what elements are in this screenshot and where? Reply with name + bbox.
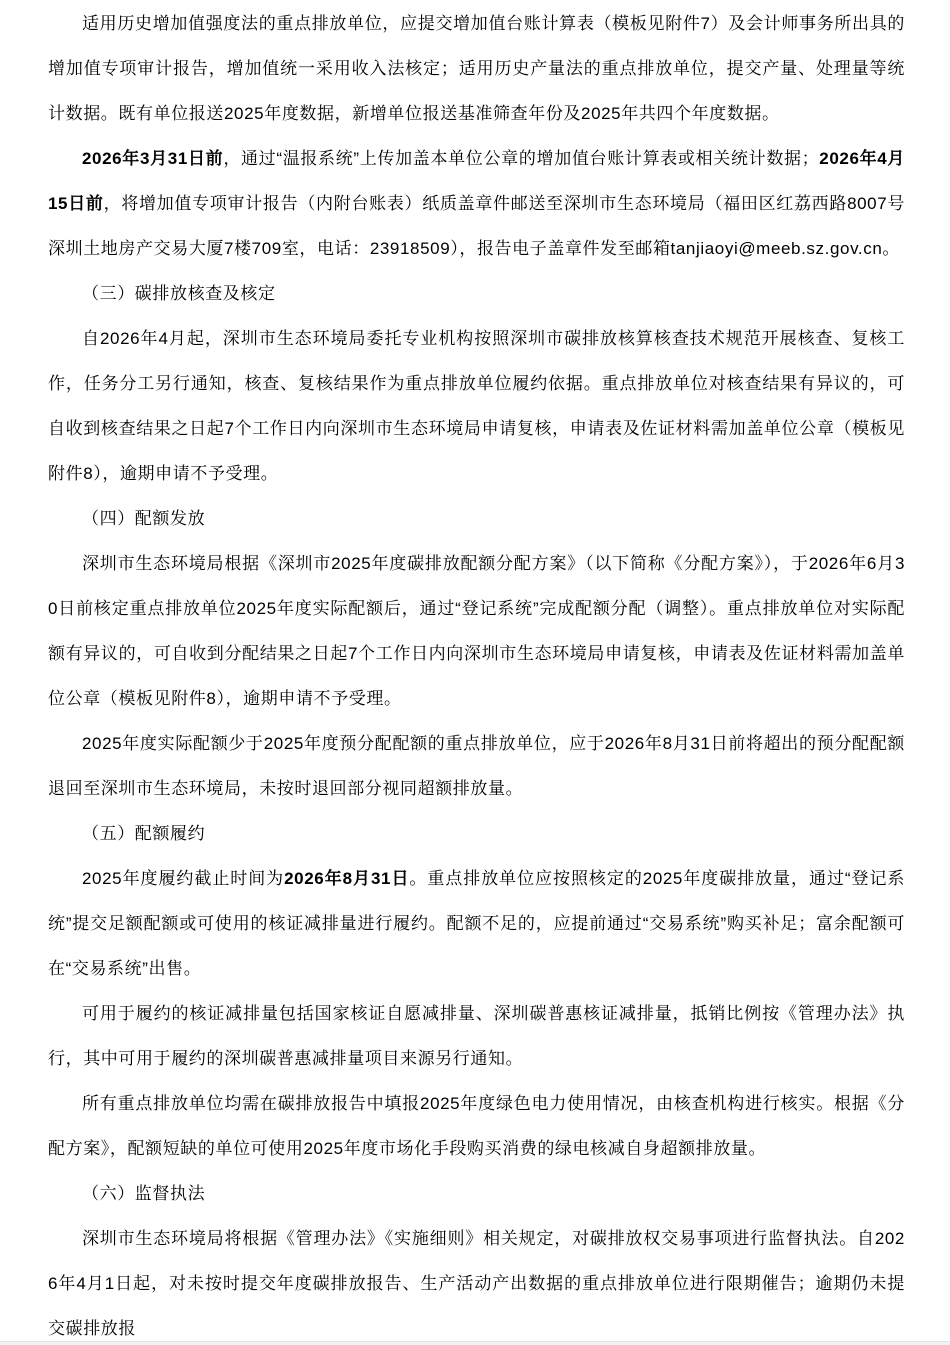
text-run: （六）监督执法: [82, 1184, 205, 1203]
bold-text-run: 2026年8月31日: [284, 869, 409, 888]
paragraph: 2026年3月31日前，通过“温报系统”上传加盖本单位公章的增加值台账计算表或相…: [48, 136, 905, 271]
paragraph: 自2026年4月起，深圳市生态环境局委托专业机构按照深圳市碳排放核算核查技术规范…: [48, 316, 905, 496]
text-run: 自2026年4月起，深圳市生态环境局委托专业机构按照深圳市碳排放核算核查技术规范…: [48, 329, 905, 483]
text-run: （三）碳排放核查及核定: [82, 284, 276, 303]
text-run: 所有重点排放单位均需在碳排放报告中填报2025年度绿色电力使用情况，由核查机构进…: [48, 1094, 905, 1158]
text-run: （四）配额发放: [82, 509, 205, 528]
document-page: 适用历史增加值强度法的重点排放单位，应提交增加值台账计算表（模板见附件7）及会计…: [0, 0, 950, 1345]
paragraph: 2025年度实际配额少于2025年度预分配配额的重点排放单位，应于2026年8月…: [48, 721, 905, 811]
document-viewer: { "page": { "background": "#ffffff", "te…: [0, 0, 950, 1345]
text-run: 适用历史增加值强度法的重点排放单位，应提交增加值台账计算表（模板见附件7）及会计…: [48, 14, 905, 123]
viewport-bottom-edge: [0, 1341, 950, 1345]
text-run: ，通过“温报系统”上传加盖本单位公章的增加值台账计算表或相关统计数据；: [223, 149, 819, 168]
text-run: （五）配额履约: [82, 824, 205, 843]
text-run: 2025年度履约截止时间为: [82, 869, 284, 888]
bold-text-run: 2026年3月31日前: [82, 149, 223, 168]
paragraph: 所有重点排放单位均需在碳排放报告中填报2025年度绿色电力使用情况，由核查机构进…: [48, 1081, 905, 1171]
section-heading: （四）配额发放: [48, 496, 905, 541]
text-run: 可用于履约的核证减排量包括国家核证自愿减排量、深圳碳普惠核证减排量，抵销比例按《…: [48, 1004, 905, 1068]
paragraph: 2025年度履约截止时间为2026年8月31日。重点排放单位应按照核定的2025…: [48, 856, 905, 991]
paragraph: 深圳市生态环境局将根据《管理办法》《实施细则》相关规定，对碳排放权交易事项进行监…: [48, 1216, 905, 1345]
text-run: 深圳市生态环境局根据《深圳市2025年度碳排放配额分配方案》（以下简称《分配方案…: [48, 554, 905, 708]
text-run: ，将增加值专项审计报告（内附台账表）纸质盖章件邮送至深圳市生态环境局（福田区红荔…: [48, 194, 905, 258]
text-run: 深圳市生态环境局将根据《管理办法》《实施细则》相关规定，对碳排放权交易事项进行监…: [48, 1229, 905, 1338]
text-run: 2025年度实际配额少于2025年度预分配配额的重点排放单位，应于2026年8月…: [48, 734, 905, 798]
section-heading: （六）监督执法: [48, 1171, 905, 1216]
paragraph: 可用于履约的核证减排量包括国家核证自愿减排量、深圳碳普惠核证减排量，抵销比例按《…: [48, 991, 905, 1081]
paragraph: 深圳市生态环境局根据《深圳市2025年度碳排放配额分配方案》（以下简称《分配方案…: [48, 541, 905, 721]
section-heading: （五）配额履约: [48, 811, 905, 856]
section-heading: （三）碳排放核查及核定: [48, 271, 905, 316]
paragraph: 适用历史增加值强度法的重点排放单位，应提交增加值台账计算表（模板见附件7）及会计…: [48, 1, 905, 136]
